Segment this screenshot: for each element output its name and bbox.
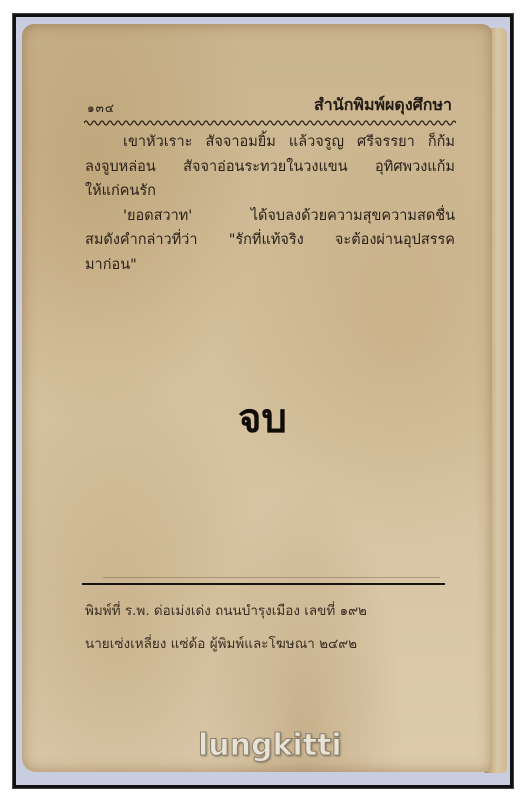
faint-rule (103, 577, 440, 578)
paragraph-line: 'ยอดสวาท' ได้จบลงด้วยความสุขความสดชื่น (85, 204, 455, 229)
running-header: ๑๓๔ สำนักพิมพ์ผดุงศึกษา (87, 93, 452, 117)
colophon-rule (82, 583, 445, 585)
page-number: ๑๓๔ (87, 99, 115, 118)
colophon-line-publisher: นายเซ่งเหลี่ยง แซ่ด้อ ผู้พิมพ์และโฆษณา ๒… (85, 628, 450, 661)
paragraph-line: เขาหัวเราะ สัจจาอมยิ้ม แล้วจรูญ ศรีจรรยา… (85, 130, 455, 155)
paragraph-line: ให้แก่คนรัก (85, 179, 455, 204)
story-text: เขาหัวเราะ สัจจาอมยิ้ม แล้วจรูญ ศรีจรรยา… (85, 130, 455, 277)
paragraph-line: ลงจูบหล่อน สัจจาอ่อนระทวยในวงแขน อุทิศพว… (85, 155, 455, 180)
paragraph-line: สมดังคำกล่าวที่ว่า "รักที่แท้จริง จะต้อง… (85, 228, 455, 253)
watermark-text: lungkitti (198, 728, 342, 763)
publisher-name: สำนักพิมพ์ผดุงศึกษา (314, 93, 452, 118)
printer-colophon: พิมพ์ที่ ร.พ. ด่อเม่งเด่ง ถนนบำรุงเมือง … (85, 595, 450, 661)
the-end-heading: จบ (238, 386, 287, 450)
paragraph-line: มาก่อน" (85, 253, 455, 278)
colophon-line-printer: พิมพ์ที่ ร.พ. ด่อเม่งเด่ง ถนนบำรุงเมือง … (85, 595, 450, 628)
wavy-divider (84, 119, 456, 127)
